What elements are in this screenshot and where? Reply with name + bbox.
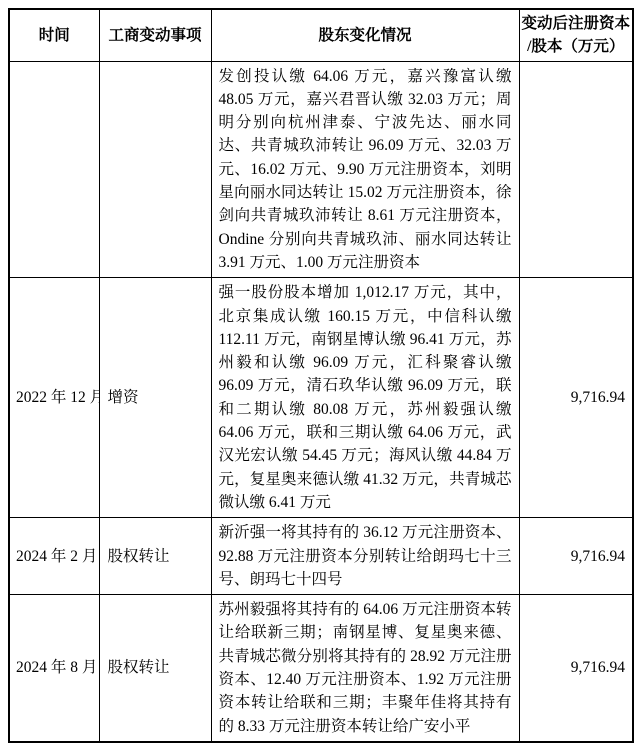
change-item-cell: 增资 [99, 278, 211, 518]
table-header-row: 时间 工商变动事项 股东变化情况 变动后注册资本 /股本（万元） [9, 9, 633, 61]
table-row: 2024 年 8 月 股权转让 苏州毅强将其持有的 64.06 万元注册资本转让… [9, 595, 633, 742]
time-cell: 2022 年 12 月 [9, 278, 99, 518]
capital-change-table: 时间 工商变动事项 股东变化情况 变动后注册资本 /股本（万元） 发创投认缴 6… [8, 8, 634, 743]
header-capital-line1: 变动后注册资本 [522, 12, 631, 35]
shareholder-detail-cell: 发创投认缴 64.06 万元，嘉兴豫富认缴 48.05 万元，嘉兴君晋认缴 32… [211, 61, 519, 278]
time-cell: 2024 年 2 月 [9, 518, 99, 595]
header-shareholder-changes: 股东变化情况 [211, 9, 519, 61]
capital-cell: 9,716.94 [519, 595, 633, 742]
time-cell: 2024 年 8 月 [9, 595, 99, 742]
shareholder-detail-cell: 苏州毅强将其持有的 64.06 万元注册资本转让给联新三期；南钢星博、复星奥来德… [211, 595, 519, 742]
change-item-cell [99, 61, 211, 278]
header-capital-line2: /股本（万元） [522, 35, 631, 58]
shareholder-detail-cell: 强一股份股本增加 1,012.17 万元，其中，北京集成认缴 160.15 万元… [211, 278, 519, 518]
change-item-cell: 股权转让 [99, 595, 211, 742]
table-row: 2022 年 12 月 增资 强一股份股本增加 1,012.17 万元，其中，北… [9, 278, 633, 518]
document-page: 时间 工商变动事项 股东变化情况 变动后注册资本 /股本（万元） 发创投认缴 6… [0, 0, 640, 707]
header-capital: 变动后注册资本 /股本（万元） [519, 9, 633, 61]
header-time: 时间 [9, 9, 99, 61]
change-item-cell: 股权转让 [99, 518, 211, 595]
capital-cell [519, 61, 633, 278]
table-row: 发创投认缴 64.06 万元，嘉兴豫富认缴 48.05 万元，嘉兴君晋认缴 32… [9, 61, 633, 278]
header-change-item: 工商变动事项 [99, 9, 211, 61]
shareholder-detail-cell: 新沂强一将其持有的 36.12 万元注册资本、92.88 万元注册资本分别转让给… [211, 518, 519, 595]
capital-cell: 9,716.94 [519, 518, 633, 595]
capital-cell: 9,716.94 [519, 278, 633, 518]
time-cell [9, 61, 99, 278]
table-row: 2024 年 2 月 股权转让 新沂强一将其持有的 36.12 万元注册资本、9… [9, 518, 633, 595]
